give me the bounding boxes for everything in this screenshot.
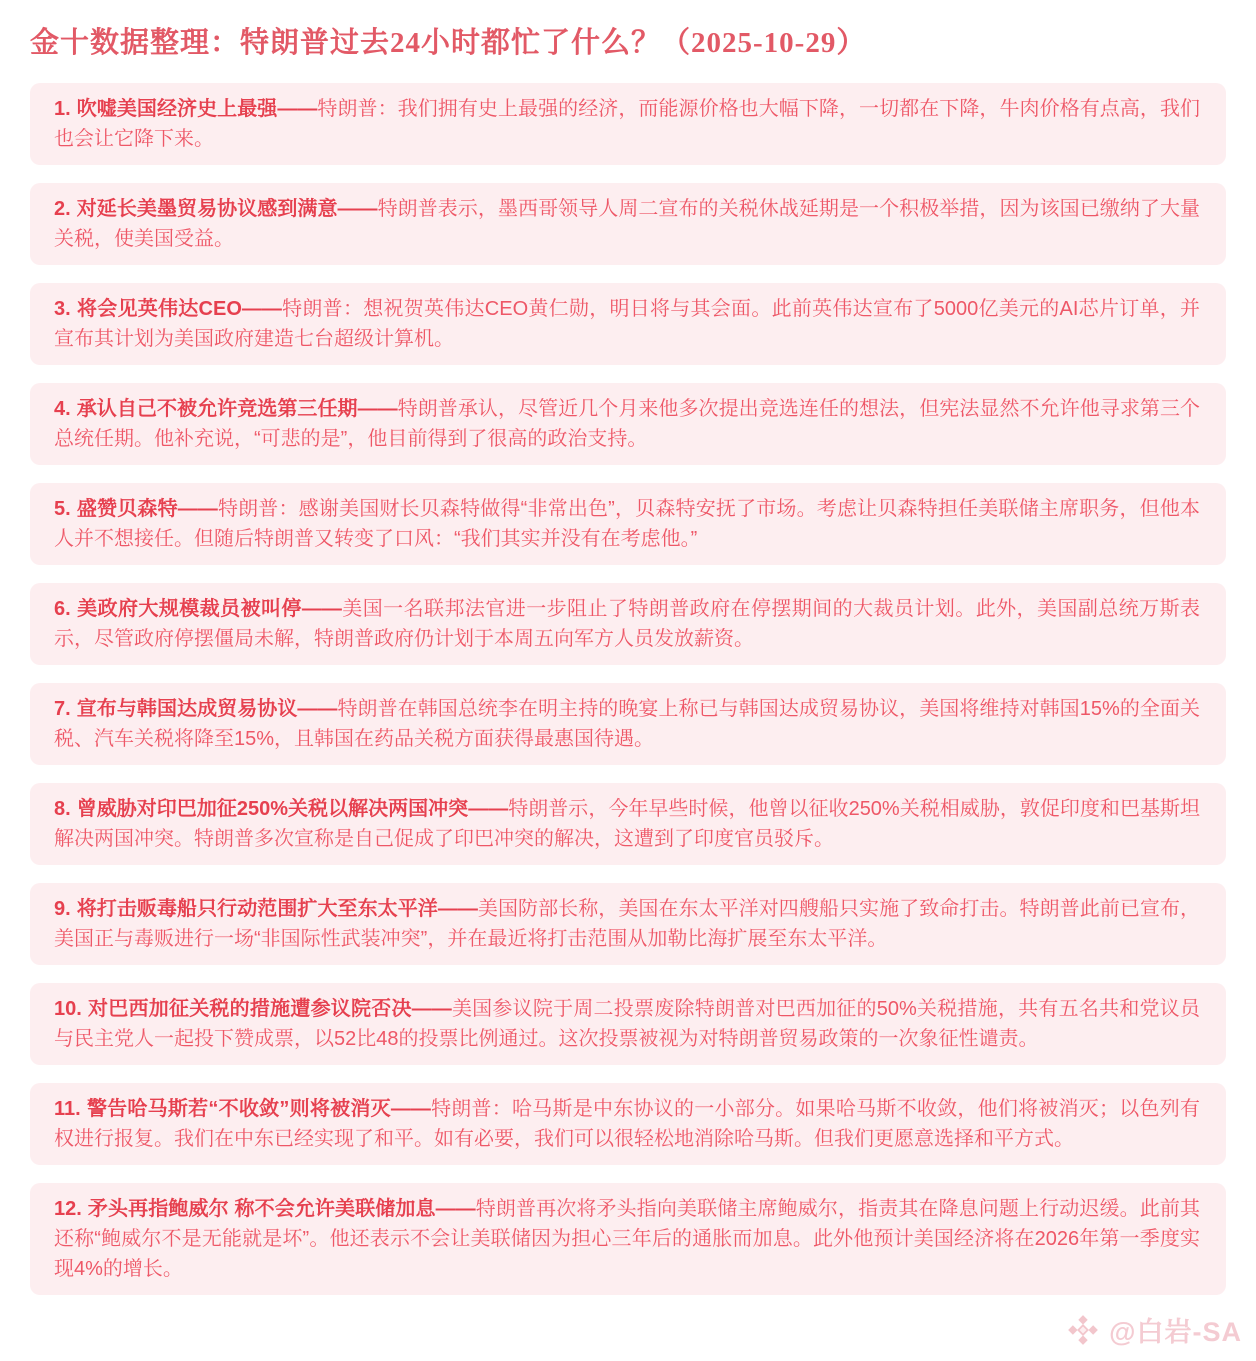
watermark-text: @白岩-SA xyxy=(1109,1310,1242,1349)
item-heading: 对延长美墨贸易协议感到满意—— xyxy=(77,198,378,220)
item-number: 10. xyxy=(54,998,82,1020)
item-heading: 将会见英伟达CEO—— xyxy=(77,298,282,320)
news-item: 11.警告哈马斯若“不收敛”则将被消灭——特朗普：哈马斯是中东协议的一小部分。如… xyxy=(30,1083,1226,1165)
news-item: 5.盛赞贝森特——特朗普：感谢美国财长贝森特做得“非常出色”，贝森特安抚了市场。… xyxy=(30,483,1226,565)
page-title: 金十数据整理：特朗普过去24小时都忙了什么？（2025-10-29） xyxy=(30,20,1226,61)
item-number: 2. xyxy=(54,198,71,220)
item-number: 1. xyxy=(54,98,71,120)
item-number: 7. xyxy=(54,698,71,720)
item-body: 特朗普：感谢美国财长贝森特做得“非常出色”，贝森特安抚了市场。考虑让贝森特担任美… xyxy=(54,498,1200,550)
news-item: 8.曾威胁对印巴加征250%关税以解决两国冲突——特朗普示，今年早些时候，他曾以… xyxy=(30,783,1226,865)
item-number: 8. xyxy=(54,798,71,820)
item-heading: 宣布与韩国达成贸易协议—— xyxy=(77,698,338,720)
news-item: 9.将打击贩毒船只行动范围扩大至东太平洋——美国防部长称，美国在东太平洋对四艘船… xyxy=(30,883,1226,965)
item-number: 9. xyxy=(54,898,71,920)
item-heading: 盛赞贝森特—— xyxy=(77,498,218,520)
item-heading: 对巴西加征关税的措施遭参议院否决—— xyxy=(88,998,452,1020)
item-heading: 将打击贩毒船只行动范围扩大至东太平洋—— xyxy=(77,898,478,920)
news-item: 1.吹嘘美国经济史上最强——特朗普：我们拥有史上最强的经济，而能源价格也大幅下降… xyxy=(30,83,1226,165)
item-number: 3. xyxy=(54,298,71,320)
watermark: @白岩-SA xyxy=(1065,1310,1242,1349)
news-item: 2.对延长美墨贸易协议感到满意——特朗普表示，墨西哥领导人周二宣布的关税休战延期… xyxy=(30,183,1226,265)
item-heading: 吹嘘美国经济史上最强—— xyxy=(77,98,318,120)
item-number: 6. xyxy=(54,598,71,620)
news-item: 12.矛头再指鲍威尔 称不会允许美联储加息——特朗普再次将矛头指向美联储主席鲍威… xyxy=(30,1183,1226,1295)
binance-diamond-icon xyxy=(1065,1312,1101,1348)
item-heading: 美政府大规模裁员被叫停—— xyxy=(77,598,342,620)
item-heading: 承认自己不被允许竞选第三任期—— xyxy=(77,398,398,420)
item-heading: 矛头再指鲍威尔 称不会允许美联储加息—— xyxy=(88,1198,476,1220)
news-item: 6.美政府大规模裁员被叫停——美国一名联邦法官进一步阻止了特朗普政府在停摆期间的… xyxy=(30,583,1226,665)
news-item: 10.对巴西加征关税的措施遭参议院否决——美国参议院于周二投票废除特朗普对巴西加… xyxy=(30,983,1226,1065)
news-item: 4.承认自己不被允许竞选第三任期——特朗普承认，尽管近几个月来他多次提出竞选连任… xyxy=(30,383,1226,465)
item-heading: 警告哈马斯若“不收敛”则将被消灭—— xyxy=(87,1098,431,1120)
news-item: 7.宣布与韩国达成贸易协议——特朗普在韩国总统李在明主持的晚宴上称已与韩国达成贸… xyxy=(30,683,1226,765)
news-digest-page: 金十数据整理：特朗普过去24小时都忙了什么？（2025-10-29） 1.吹嘘美… xyxy=(0,0,1256,1295)
news-item: 3.将会见英伟达CEO——特朗普：想祝贺英伟达CEO黄仁勋，明日将与其会面。此前… xyxy=(30,283,1226,365)
news-list: 1.吹嘘美国经济史上最强——特朗普：我们拥有史上最强的经济，而能源价格也大幅下降… xyxy=(30,83,1226,1295)
item-number: 12. xyxy=(54,1198,82,1220)
item-number: 5. xyxy=(54,498,71,520)
item-number: 4. xyxy=(54,398,71,420)
item-heading: 曾威胁对印巴加征250%关税以解决两国冲突—— xyxy=(77,798,509,820)
item-number: 11. xyxy=(54,1098,81,1120)
